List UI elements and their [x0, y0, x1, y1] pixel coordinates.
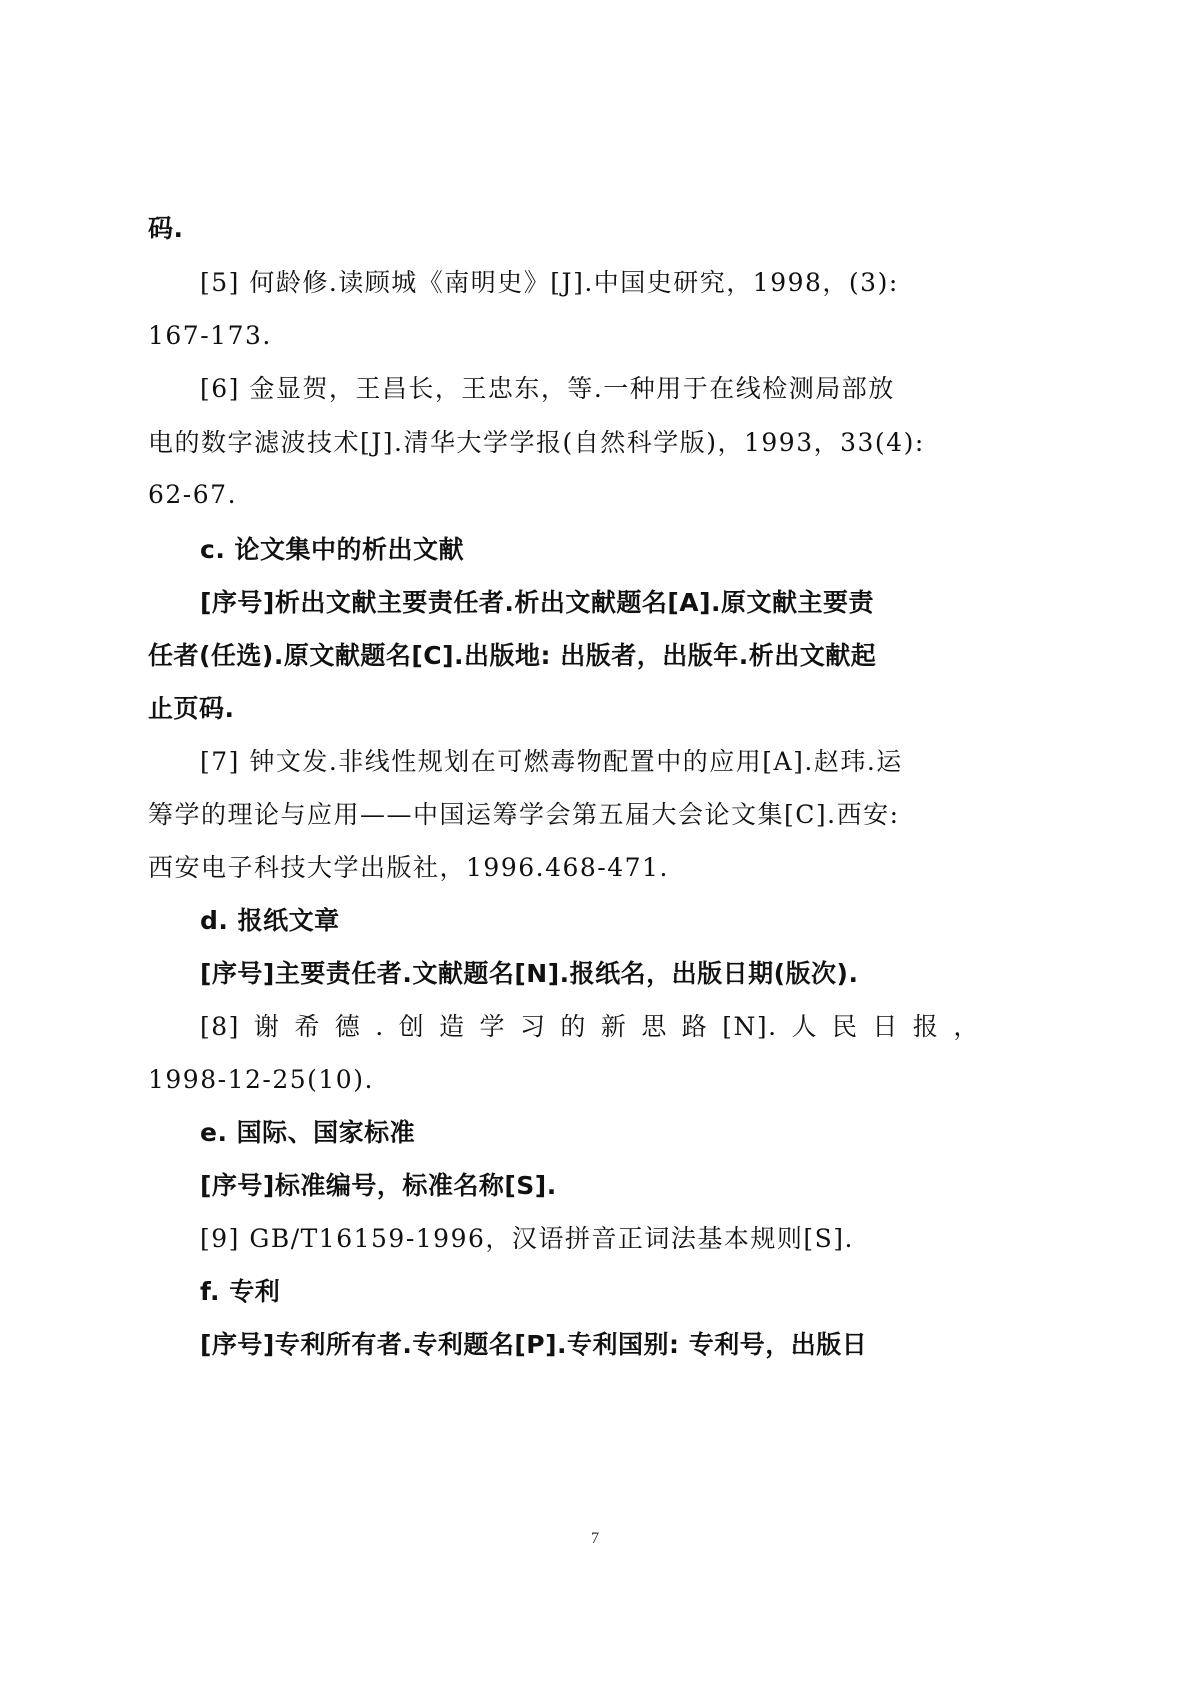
- section-heading-f: f. 专利: [200, 1277, 988, 1307]
- reference-5-line-2: 167-173.: [148, 321, 988, 351]
- justify-part: 日: [872, 1012, 899, 1042]
- format-template-c-line-3: 止页码.: [148, 694, 988, 724]
- justify-part: 的: [560, 1012, 587, 1042]
- text-line-continuation: 码.: [148, 214, 988, 244]
- reference-9-line-1: [9] GB/T16159-1996，汉语拼音正词法基本规则[S].: [200, 1224, 988, 1254]
- justify-part: 人: [792, 1012, 819, 1042]
- reference-8-line-1: [8] 谢 希 德 . 创 造 学 习 的 新 思 路 [N]. 人 民 日 报…: [200, 1012, 980, 1042]
- justify-part: [8]: [200, 1012, 240, 1042]
- justify-part: 习: [520, 1012, 547, 1042]
- format-template-f-line-1: [序号]专利所有者.专利题名[P].专利国别: 专利号，出版日: [200, 1330, 988, 1360]
- format-template-d: [序号]主要责任者.文献题名[N].报纸名，出版日期(版次).: [200, 959, 1040, 989]
- reference-8-line-2: 1998-12-25(10).: [148, 1065, 988, 1095]
- section-heading-e: e. 国际、国家标准: [200, 1118, 988, 1148]
- page-number: 7: [0, 1530, 1190, 1548]
- format-template-e: [序号]标准编号，标准名称[S].: [200, 1171, 988, 1201]
- format-template-c-line-2: 任者(任选).原文献题名[C].出版地: 出版者，出版年.析出文献起: [148, 641, 988, 671]
- justify-part: 思: [641, 1012, 668, 1042]
- justify-part: 民: [832, 1012, 859, 1042]
- justify-part: 德: [335, 1012, 362, 1042]
- reference-7-line-1: [7] 钟文发.非线性规划在可燃毒物配置中的应用[A].赵玮.运: [200, 747, 988, 777]
- reference-7-line-3: 西安电子科技大学出版社，1996.468-471.: [148, 853, 988, 883]
- reference-6-line-3: 62-67.: [148, 480, 988, 510]
- reference-6-line-2: 电的数字滤波技术[J].清华大学学报(自然科学版)，1993，33(4):: [148, 428, 988, 458]
- reference-7-line-2: 筹学的理论与应用——中国运筹学会第五届大会论文集[C].西安:: [148, 800, 988, 830]
- section-heading-c: c. 论文集中的析出文献: [200, 535, 988, 565]
- justify-part: .: [375, 1012, 384, 1042]
- justify-part: 路: [682, 1012, 709, 1042]
- justify-part: ，: [953, 1012, 980, 1042]
- reference-5-line-1: [5] 何龄修.读顾城《南明史》[J].中国史研究，1998，(3):: [200, 268, 988, 298]
- justify-part: [N].: [722, 1012, 777, 1042]
- format-template-c-line-1: [序号]析出文献主要责任者.析出文献题名[A].原文献主要责: [200, 588, 988, 618]
- justify-part: 新: [601, 1012, 628, 1042]
- section-heading-d: d. 报纸文章: [200, 906, 988, 936]
- document-page: 码. [5] 何龄修.读顾城《南明史》[J].中国史研究，1998，(3): 1…: [0, 0, 1190, 1683]
- reference-6-line-1: [6] 金显贺，王昌长，王忠东，等.一种用于在线检测局部放: [200, 374, 988, 404]
- justify-part: 创: [399, 1012, 426, 1042]
- justify-part: 谢: [254, 1012, 281, 1042]
- justify-part: 希: [294, 1012, 321, 1042]
- justify-part: 报: [913, 1012, 940, 1042]
- justify-part: 学: [480, 1012, 507, 1042]
- justify-part: 造: [439, 1012, 466, 1042]
